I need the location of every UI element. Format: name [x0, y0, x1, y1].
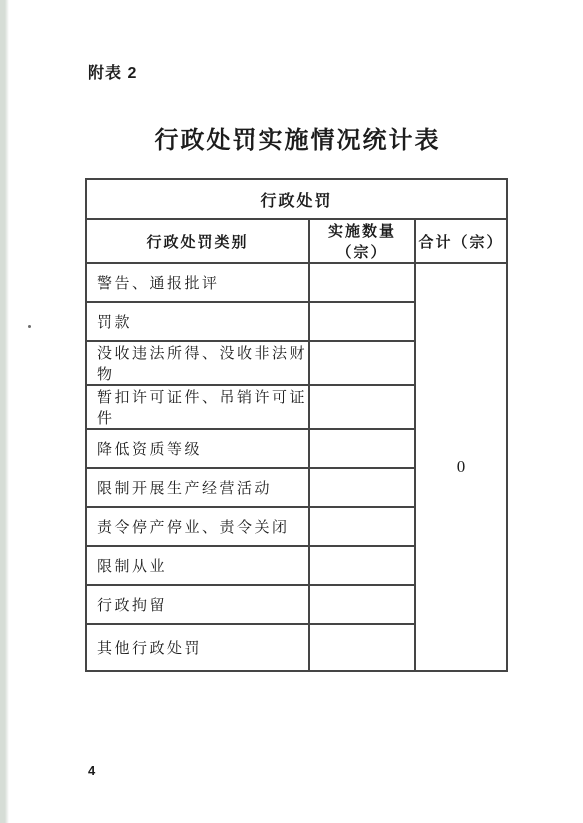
page-number: 4	[88, 763, 95, 778]
table-group-header-row: 行政处罚	[86, 179, 507, 219]
annex-label: 附表 2	[88, 60, 137, 83]
column-header-category: 行政处罚类别	[86, 219, 309, 263]
table-column-header-row: 行政处罚类别 实施数量（宗） 合计（宗）	[86, 219, 507, 263]
category-cell: 其他行政处罚	[86, 624, 309, 671]
category-cell: 行政拘留	[86, 585, 309, 624]
quantity-cell	[309, 429, 415, 468]
quantity-cell	[309, 507, 415, 546]
category-cell: 警告、通报批评	[86, 263, 309, 302]
scanned-document-page: { "page": { "annex_label": "附表 2", "titl…	[0, 0, 583, 823]
total-value-cell: 0	[415, 263, 507, 671]
quantity-cell	[309, 624, 415, 671]
table-row: 警告、通报批评 0	[86, 263, 507, 302]
category-cell: 罚款	[86, 302, 309, 341]
penalty-statistics-table: 行政处罚 行政处罚类别 实施数量（宗） 合计（宗） 警告、通报批评 0 罚款 没…	[85, 178, 508, 672]
scan-edge-artifact	[0, 0, 9, 823]
category-cell: 没收违法所得、没收非法财物	[86, 341, 309, 385]
quantity-cell	[309, 585, 415, 624]
scan-dot-artifact	[28, 325, 31, 328]
category-cell: 限制开展生产经营活动	[86, 468, 309, 507]
column-header-total: 合计（宗）	[415, 219, 507, 263]
quantity-cell	[309, 341, 415, 385]
category-cell: 限制从业	[86, 546, 309, 585]
quantity-cell	[309, 546, 415, 585]
column-header-quantity: 实施数量（宗）	[309, 219, 415, 263]
category-cell: 责令停产停业、责令关闭	[86, 507, 309, 546]
quantity-cell	[309, 468, 415, 507]
quantity-cell	[309, 385, 415, 429]
quantity-cell	[309, 302, 415, 341]
page-title: 行政处罚实施情况统计表	[85, 120, 510, 155]
table-group-header: 行政处罚	[86, 179, 507, 219]
category-cell: 暂扣许可证件、吊销许可证件	[86, 385, 309, 429]
category-cell: 降低资质等级	[86, 429, 309, 468]
quantity-cell	[309, 263, 415, 302]
